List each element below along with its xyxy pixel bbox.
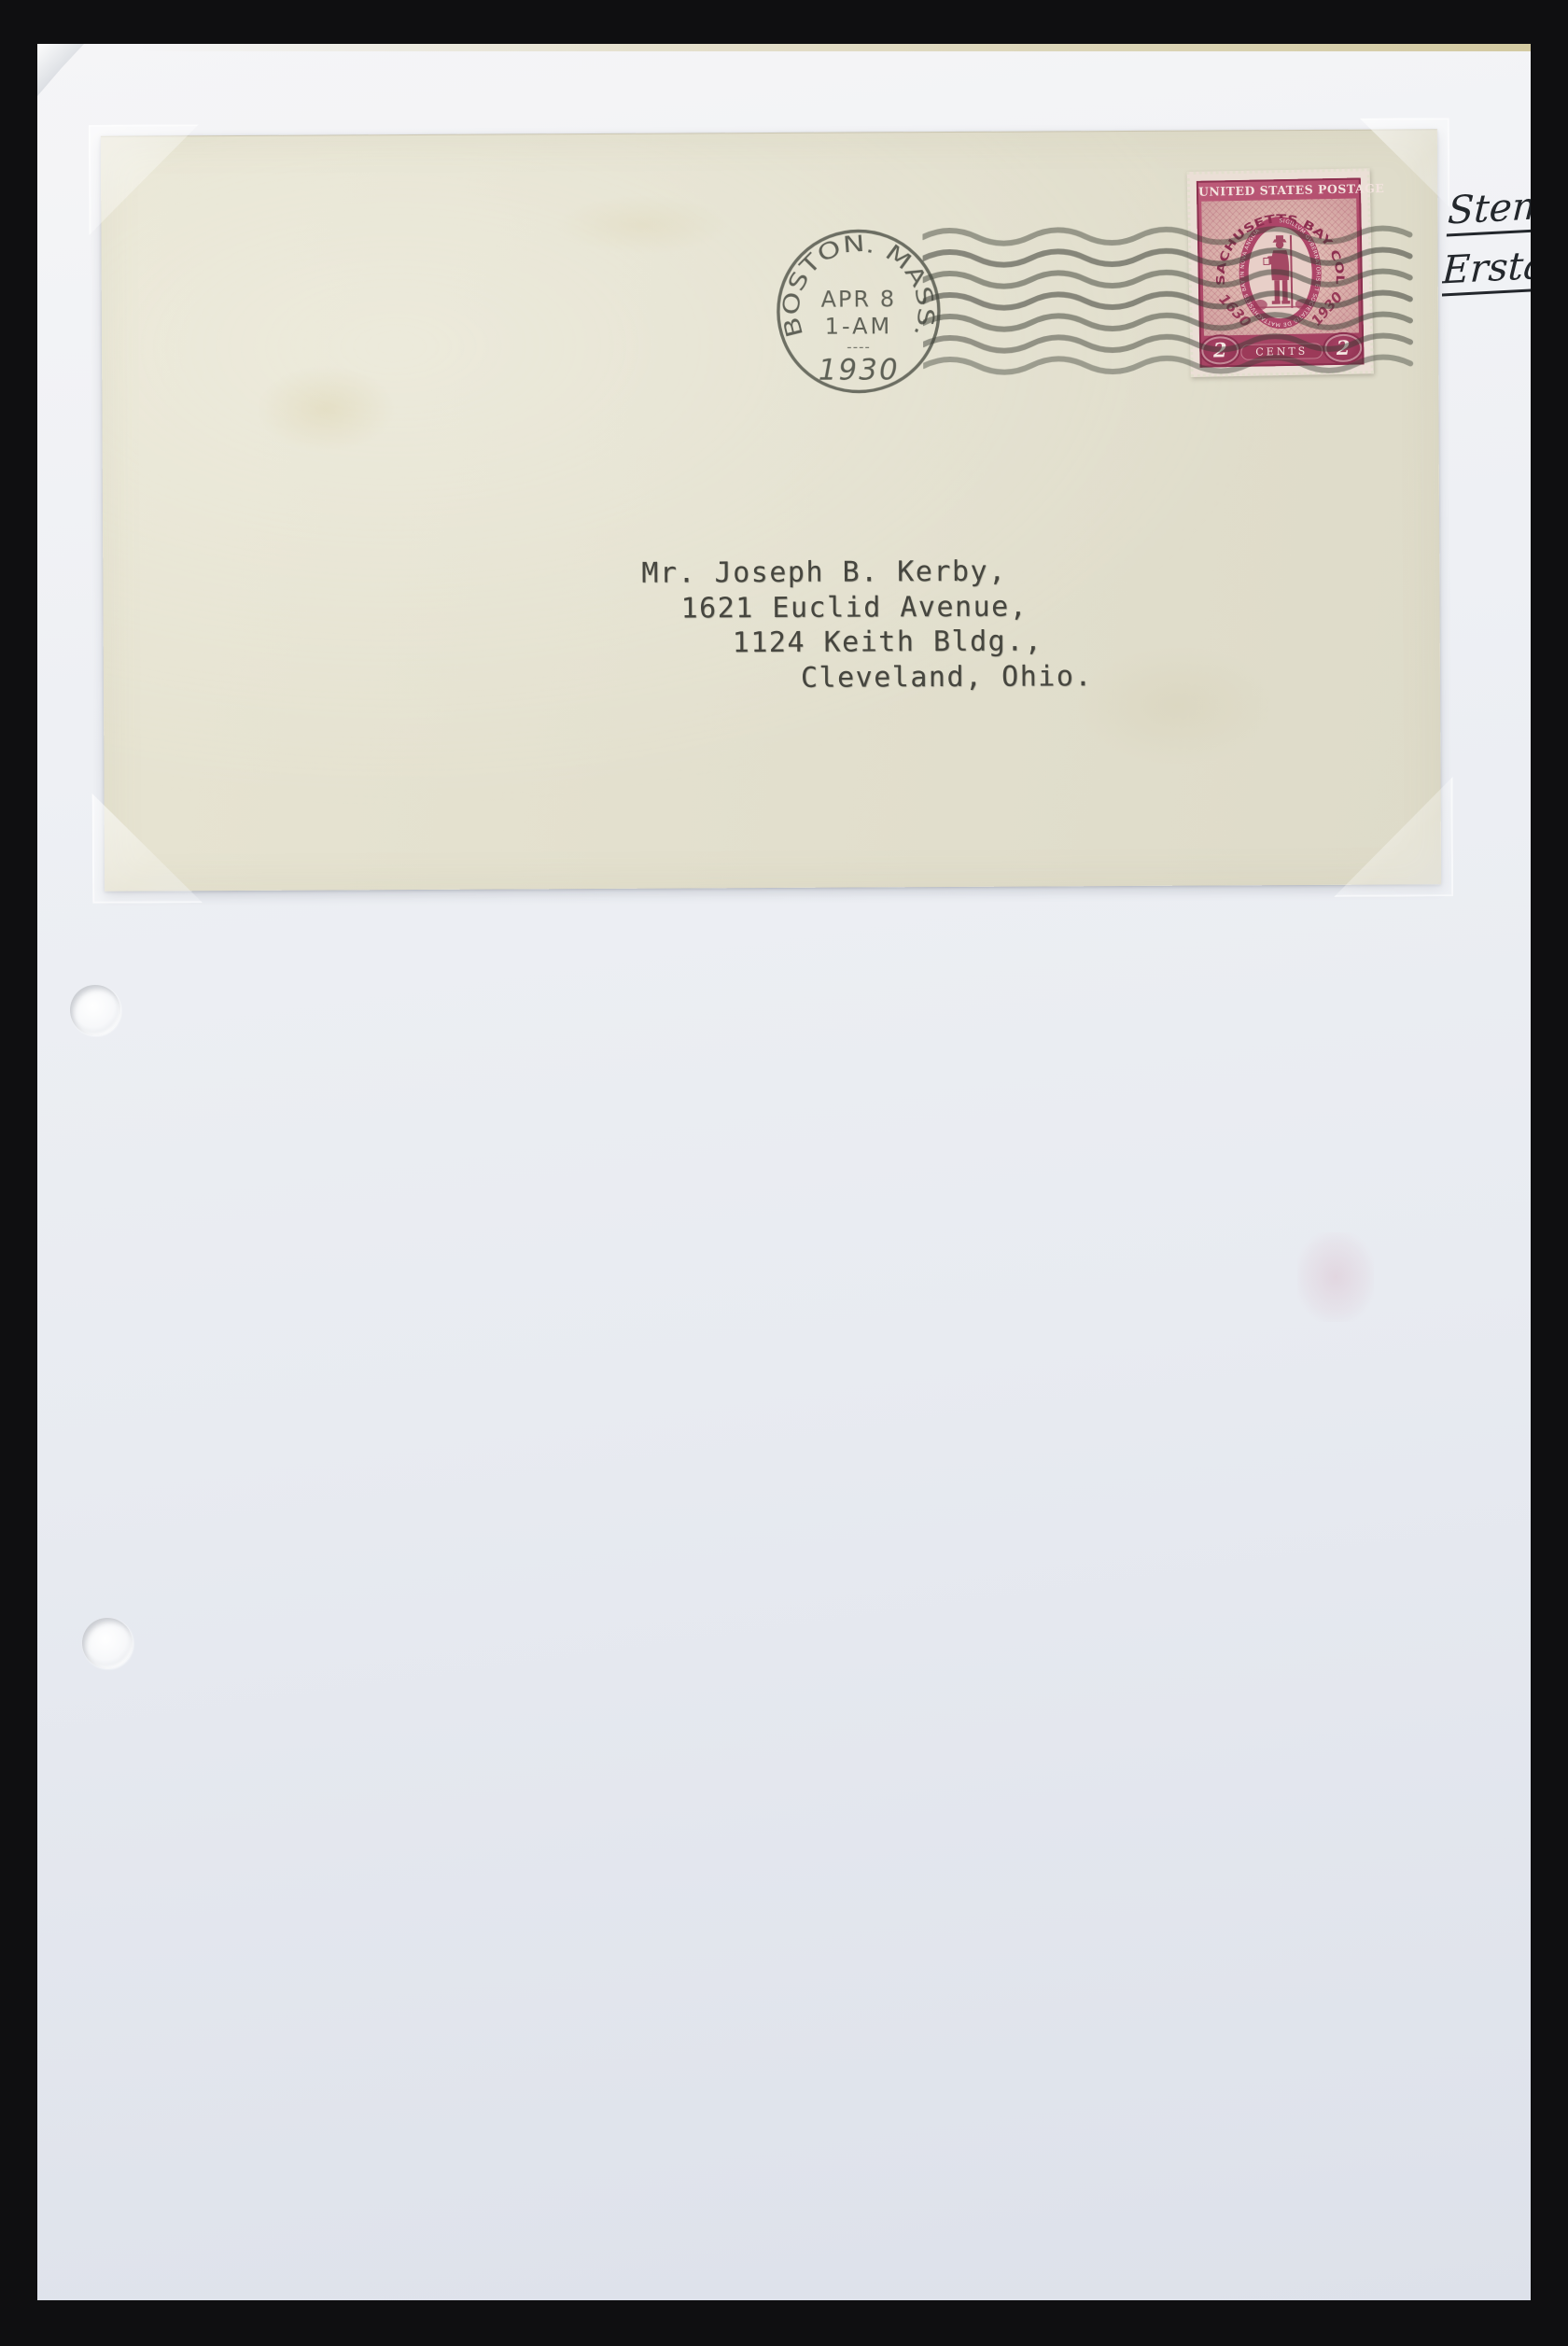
photo-corner-mount-bottom-left [92,793,203,904]
punch-hole-top [70,985,120,1035]
envelope: Mr. Joseph B. Kerby, 1621 Euclid Avenue,… [101,129,1441,891]
cancellation-wave [923,249,1410,265]
cancellation-wave [923,271,1410,287]
cancellation-wave [923,357,1410,372]
envelope-stain [553,194,731,255]
postmark-time: 1-AM [825,313,893,339]
punch-hole-bottom [82,1618,133,1668]
postmark-date: APR 8 [821,286,897,312]
postmark: BOSTON. MASS. APR 8 1-AM ---- 1930 [764,218,952,405]
cancellation-wave [922,228,1409,244]
address-line: 1621 Euclid Avenue, [680,589,1092,626]
address-line: Mr. Joseph B. Kerby, [641,554,1092,591]
photo-corner-mount-bottom-right [1334,777,1454,897]
handwritten-note-line-1: Stemp [1447,184,1531,237]
cancellation-wave [923,314,1410,330]
photo-corner-mount-top-left [89,124,200,235]
cancellation-wave [923,292,1410,308]
postmark-year: 1930 [819,353,900,386]
address-block: Mr. Joseph B. Kerby, 1621 Euclid Avenue,… [641,554,1093,696]
page-top-edge [140,44,1531,51]
handwritten-note-line-2: Erstag [1442,241,1531,296]
envelope-stain [256,364,396,454]
album-page: Mr. Joseph B. Kerby, 1621 Euclid Avenue,… [37,44,1531,2300]
faint-stamp-offset-mark [1297,1232,1374,1322]
handwritten-note: Stemp Erstag [1442,184,1531,315]
cancellation-wave [923,335,1410,351]
cancellation-wavy-lines [922,223,1435,380]
stamp-country-band: UNITED STATES POSTAGE [1198,181,1359,201]
scanned-photo: Mr. Joseph B. Kerby, 1621 Euclid Avenue,… [0,0,1568,2346]
envelope-stain [1074,644,1281,766]
page-corner-wedge [37,44,84,96]
address-line: Cleveland, Ohio. [801,659,1093,695]
address-line: 1124 Keith Bldg., [733,624,1093,661]
